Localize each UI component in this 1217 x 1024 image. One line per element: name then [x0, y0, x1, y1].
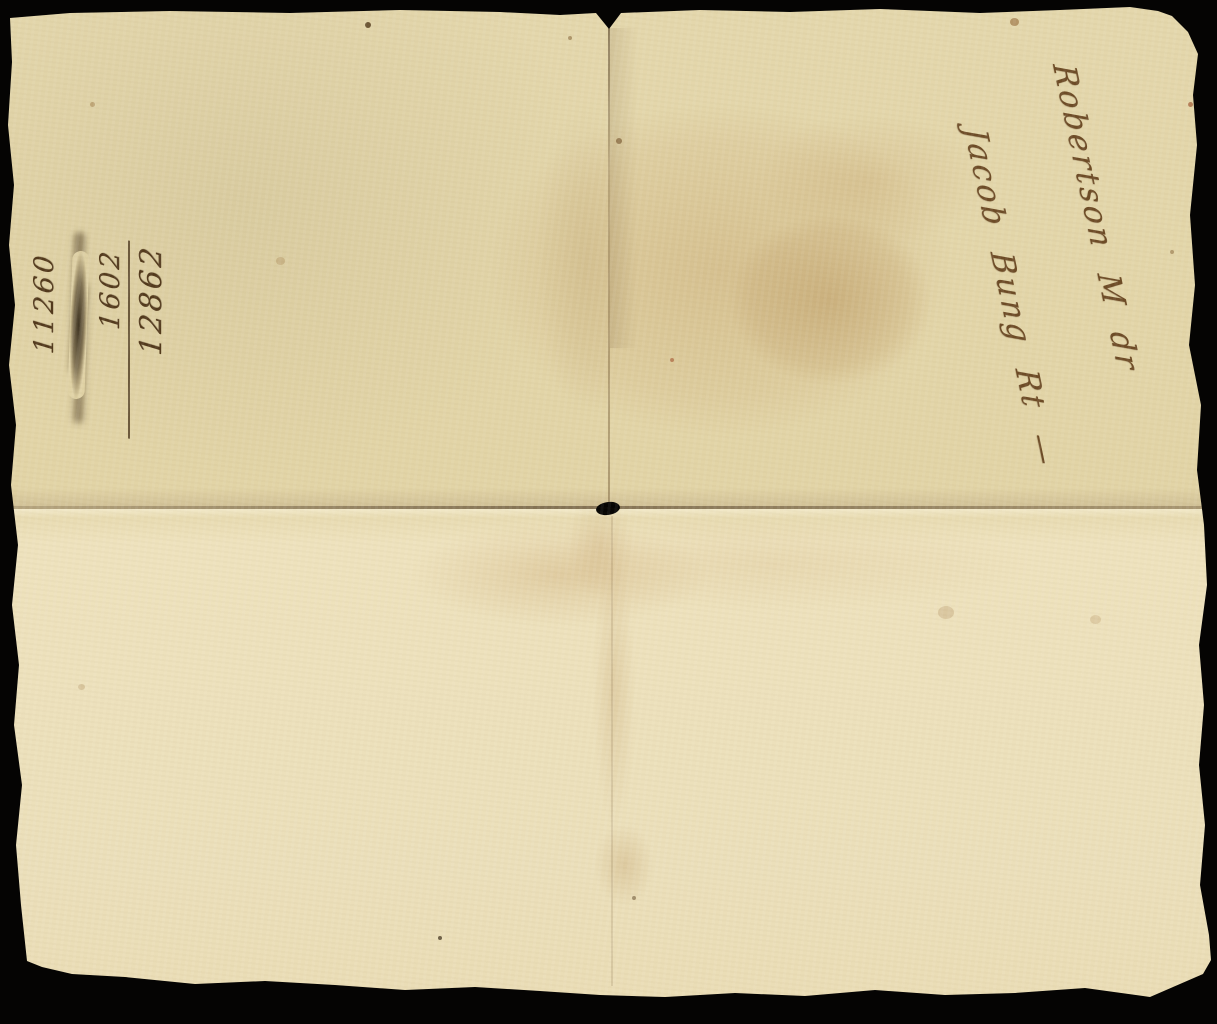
- arithmetic-rotated: 11260 1602 12862: [28, 243, 186, 441]
- stain-spot: [1188, 102, 1193, 107]
- stain-spot: [276, 257, 285, 265]
- vertical-fold-shadow: [610, 28, 638, 348]
- stain-spot: [1090, 615, 1101, 624]
- stain-spot: [938, 606, 954, 619]
- stain-spot: [670, 358, 674, 362]
- stain-spot: [365, 22, 371, 28]
- stain-spot: [632, 896, 636, 900]
- stain-spot: [438, 936, 442, 940]
- stain-spot: [90, 102, 95, 107]
- vertical-fold-crease-lower: [611, 516, 613, 986]
- scanner-background: Robertson M dr Jacob Bung Rt — 11260 160…: [0, 0, 1217, 1024]
- arithmetic-sum: 12862: [128, 240, 176, 443]
- stain-spot: [1170, 250, 1174, 254]
- handwritten-docket: Robertson M dr Jacob Bung Rt —: [916, 54, 1193, 478]
- stain-spot: [78, 684, 85, 690]
- manuscript-sheet-verso: Robertson M dr Jacob Bung Rt — 11260 160…: [0, 0, 1217, 1024]
- blotted-row: [62, 243, 94, 441]
- arithmetic-addend-1: 11260: [28, 241, 62, 443]
- stain-spot: [568, 36, 572, 40]
- stain-spot: [1010, 18, 1019, 26]
- stain-spot: [616, 138, 622, 144]
- ink-blot: [67, 251, 89, 400]
- arithmetic-addend-2: 1602: [94, 241, 128, 443]
- arithmetic-block: 11260 1602 12862: [28, 243, 186, 441]
